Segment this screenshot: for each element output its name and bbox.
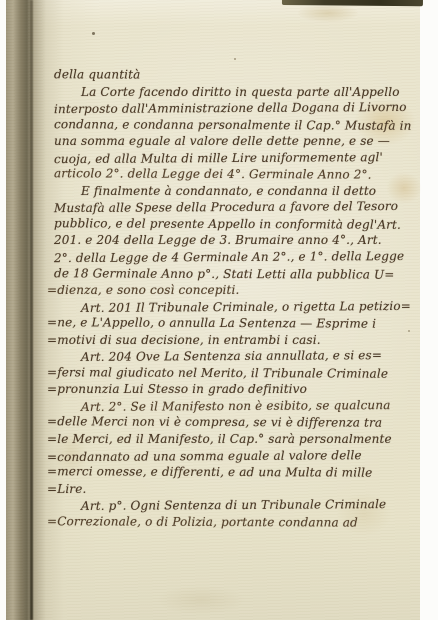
manuscript-line: articolo 2°. della Legge dei 4°. Germina… [54,165,414,183]
paper-stain [298,4,358,22]
ink-speck [234,58,236,60]
manuscript-line: =merci omesse, e differenti, e ad una Mu… [47,463,414,481]
ink-speck [92,32,95,35]
scanned-manuscript-photo: { "document": { "type": "handwritten-man… [0,0,438,620]
paper-stain [156,585,246,615]
manuscript-line: =Lire. [47,481,414,498]
manuscript-line: pubblico, e del presente Appello in conf… [54,215,414,233]
manuscript-line: La Corte facendo diritto in questa parte… [54,84,414,101]
manuscript-line: Art. 204 Ove La Sentenza sia annullata, … [54,347,414,366]
manuscript-line: E finalmente à condannato, e condanna il… [54,183,414,200]
manuscript-line: =fersi mal giudicato nel Merito, il Trib… [47,364,414,382]
manuscript-line: de 18 Germinale Anno p°., Stati Letti al… [54,265,414,283]
book-gutter-crease [30,0,33,620]
manuscript-line: =le Merci, ed il Manifesto, il Cap.° sar… [47,431,414,448]
book-page: della quantitàLa Corte facendo diritto i… [6,0,420,620]
manuscript-line: interposto dall'Amministrazione della Do… [54,99,414,118]
manuscript-line: =dienza, e sono così concepiti. [47,282,414,299]
manuscript-line: Art. p°. Ogni Sentenza di un Tribunale C… [54,496,414,515]
manuscript-line: 201. e 204 della Legge de 3. Brumaire an… [54,232,414,249]
manuscript-line: =delle Merci non vi è compresa, se vi è … [47,414,414,432]
manuscript-line: =condannato ad una somma eguale al valor… [47,446,414,465]
manuscript-line: condanna, e condanna personalmente il Ca… [54,116,414,134]
manuscript-line: =Correzionale, o di Polizia, portante co… [47,513,414,531]
manuscript-line: una somma eguale al valore delle dette p… [54,133,414,150]
manuscript-line: Mustafà alle Spese della Procedura a fav… [54,198,414,217]
manuscript-line: 2°. della Legge de 4 Germinale An 2°., e… [54,248,414,267]
manuscript-text-block: della quantitàLa Corte facendo diritto i… [54,67,414,530]
manuscript-line: =motivi di sua decisione, in entrambi i … [47,332,414,349]
manuscript-line: della quantità [54,66,414,84]
manuscript-line: =pronunzia Lui Stesso in grado definitiv… [47,381,414,398]
manuscript-line: =ne, e L'Appello, o annulla La Sentenza … [47,314,414,332]
